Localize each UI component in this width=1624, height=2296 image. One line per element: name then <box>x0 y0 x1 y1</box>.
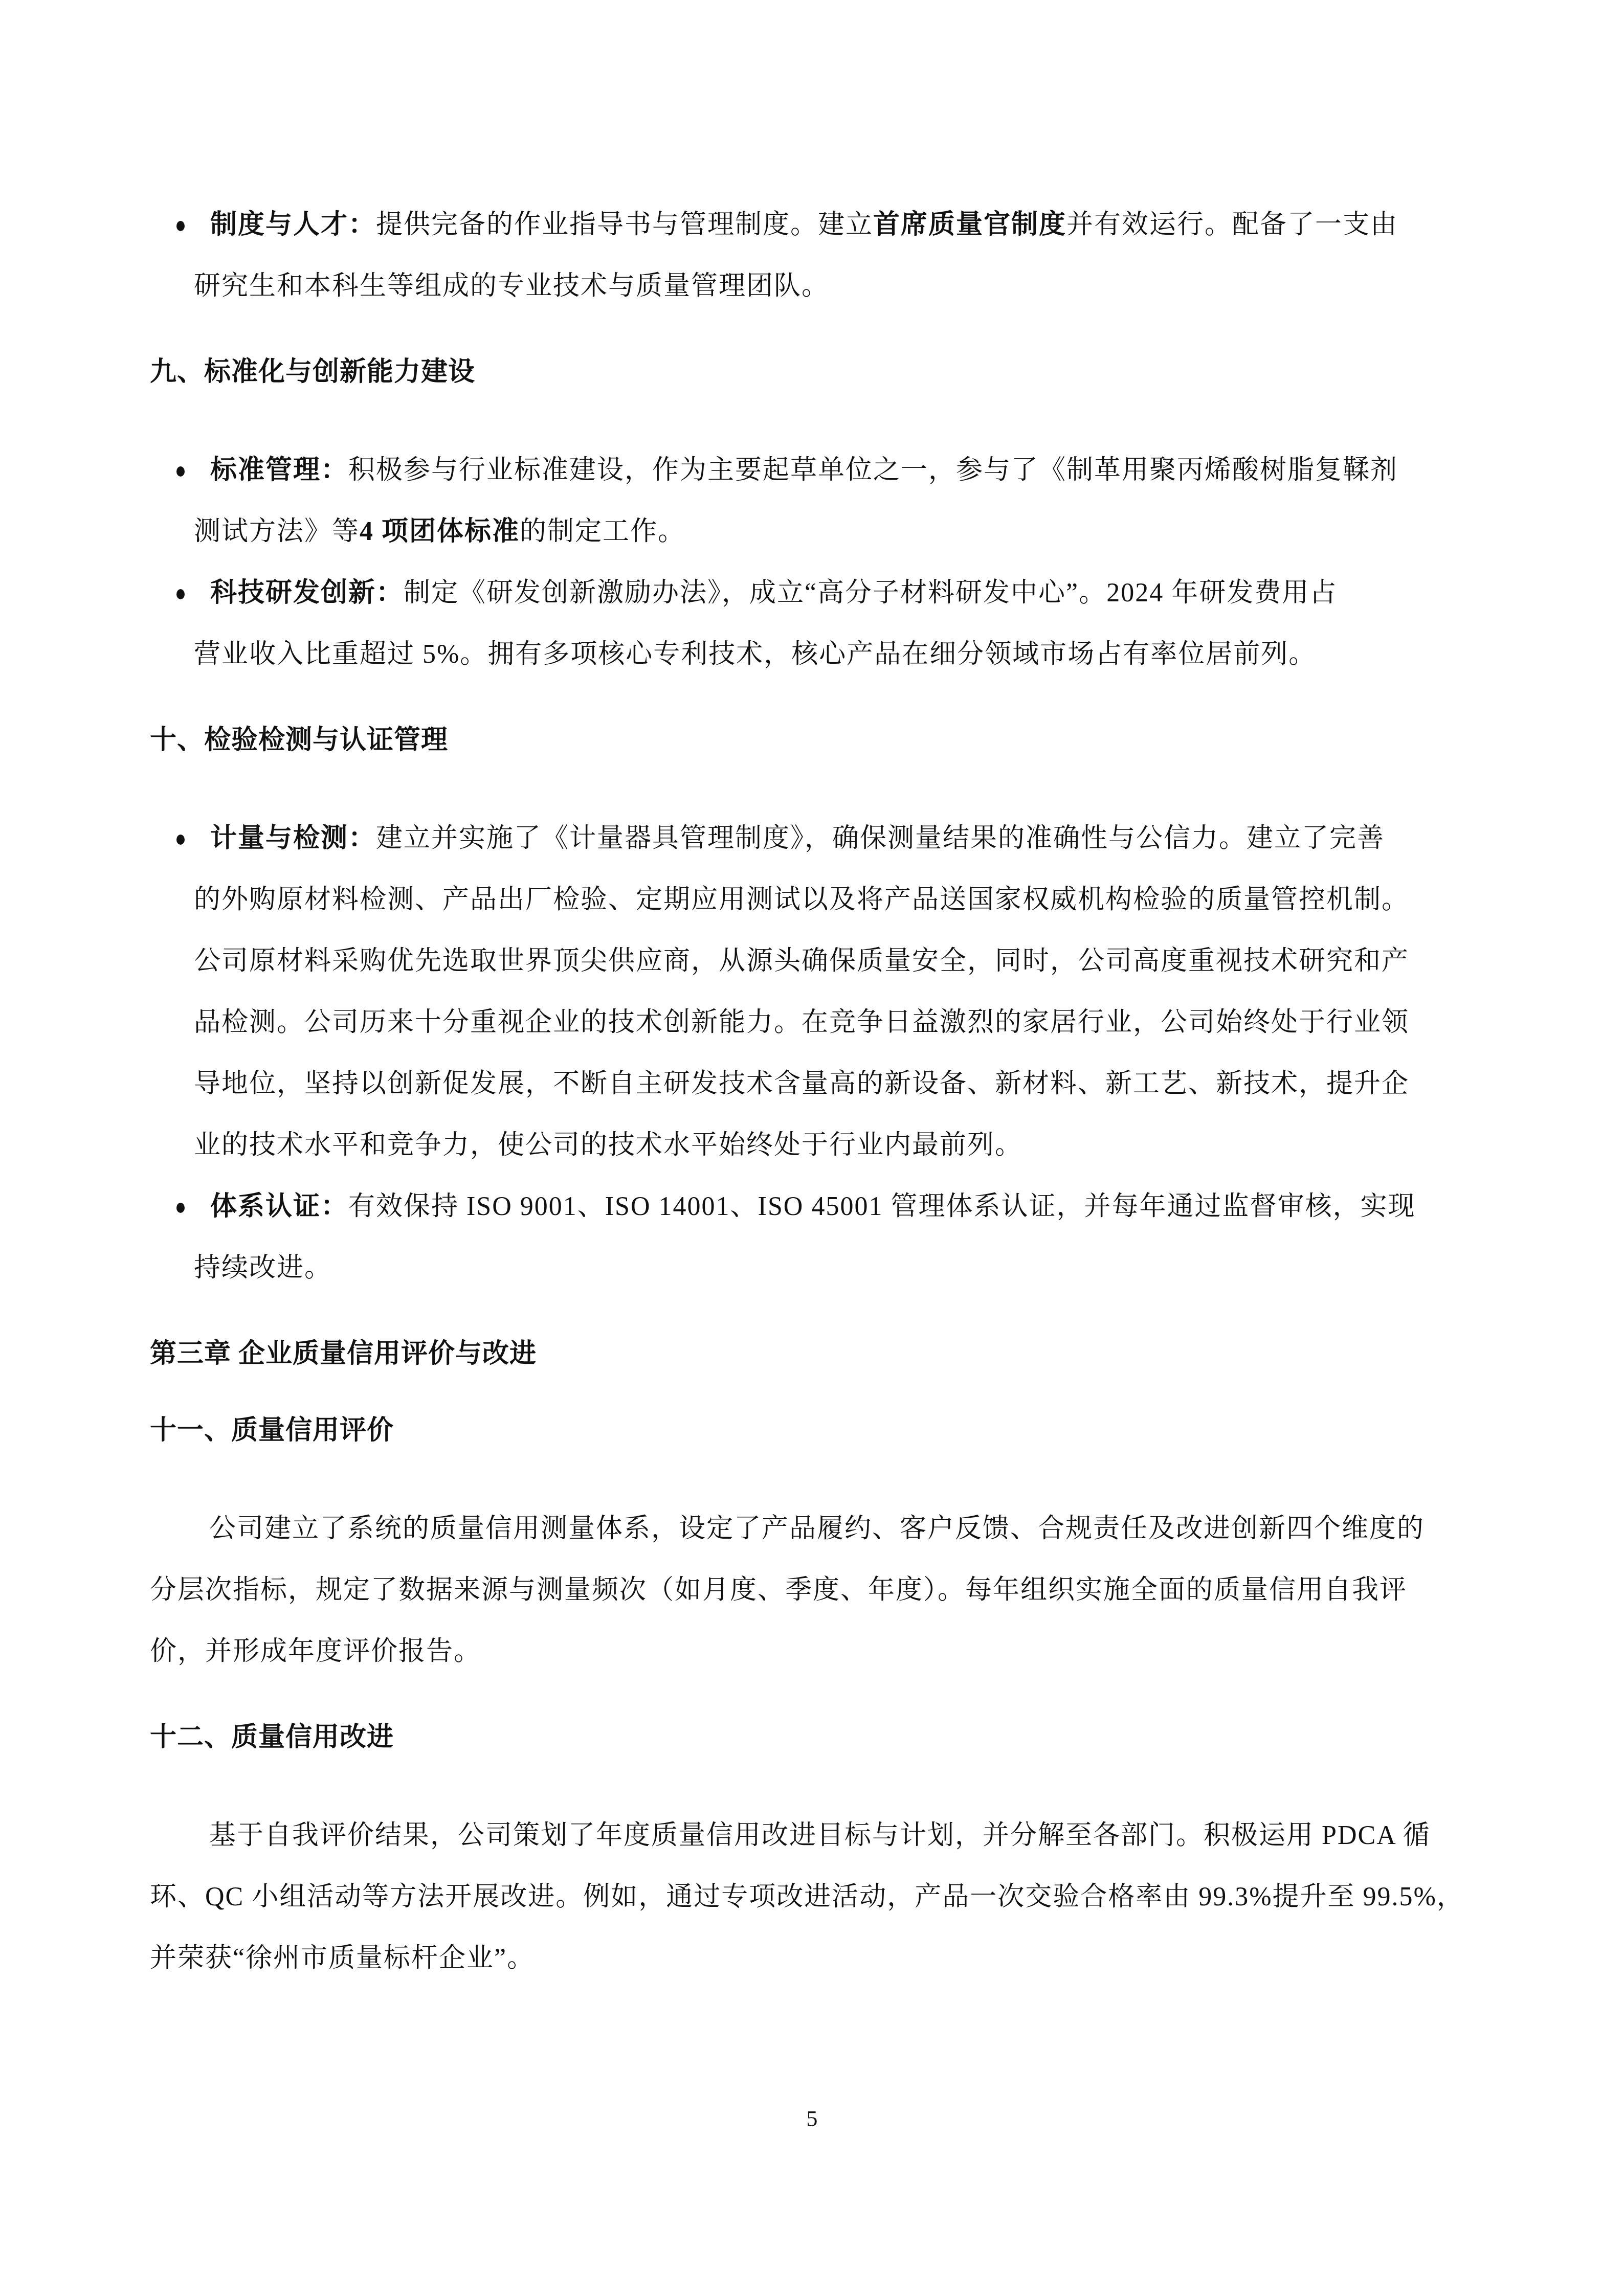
bullet-dot-icon <box>176 466 185 477</box>
bullet-label: 体系认证： <box>210 1192 348 1221</box>
document-page: 制度与人才：提供完备的作业指导书与管理制度。建立首席质量官制度并有效运行。配备了… <box>0 0 1624 2296</box>
bullet-dot-icon <box>176 1203 185 1213</box>
bullet-metrology-line-3: 公司原材料采购优先选取世界顶尖供应商，从源头确保质量安全，同时，公司高度重视技术… <box>194 931 1486 992</box>
text: 的制定工作。 <box>520 517 685 546</box>
bullet-talent: 制度与人才：提供完备的作业指导书与管理制度。建立首席质量官制度并有效运行。配备了… <box>150 194 1486 317</box>
bullet-label: 标准管理： <box>210 456 348 485</box>
bullet-label: 计量与检测： <box>210 824 376 853</box>
page-number: 5 <box>0 2106 1624 2132</box>
paragraph-evaluation-line-3: 价，并形成年度评价报告。 <box>150 1621 1486 1682</box>
bullet-metrology-line-6: 业的技术水平和竞争力，使公司的技术水平始终处于行业内最前列。 <box>194 1115 1486 1176</box>
bullet-metrology: 计量与检测：建立并实施了《计量器具管理制度》，确保测量结果的准确性与公信力。建立… <box>150 808 1486 1176</box>
section-heading-9: 九、标准化与创新能力建设 <box>150 342 1486 403</box>
bullet-label: 科技研发创新： <box>210 578 404 607</box>
paragraph-improvement: 基于自我评价结果，公司策划了年度质量信用改进目标与计划，并分解至各部门。积极运用… <box>150 1805 1486 1989</box>
bullet-label: 制度与人才： <box>210 210 376 239</box>
bullet-rnd-line-2: 营业收入比重超过 5%。拥有多项核心专利技术，核心产品在细分领域市场占有率位居前… <box>194 624 1486 685</box>
paragraph-evaluation-line-1: 公司建立了系统的质量信用测量体系，设定了产品履约、客户反馈、合规责任及改进创新四… <box>150 1498 1486 1560</box>
paragraph-improvement-line-2: 环、QC 小组活动等方法开展改进。例如，通过专项改进活动，产品一次交验合格率由 … <box>150 1866 1486 1928</box>
text: 制定《研发创新激励办法》，成立“高分子材料研发中心”。2024 年研发费用占 <box>404 578 1337 607</box>
section-heading-11: 十一、质量信用评价 <box>150 1400 1486 1461</box>
bullet-dot-icon <box>176 221 185 231</box>
paragraph-improvement-line-3: 并荣获“徐州市质量标杆企业”。 <box>150 1928 1486 1989</box>
section-heading-10: 十、检验检测与认证管理 <box>150 710 1486 771</box>
emphasis: 4 项团体标准 <box>360 517 520 546</box>
text: 并有效运行。配备了一支由 <box>1066 210 1398 239</box>
bullet-standards-line-2: 测试方法》等4 项团体标准的制定工作。 <box>194 501 1486 562</box>
section-heading-12: 十二、质量信用改进 <box>150 1707 1486 1768</box>
bullet-rnd-line-1: 科技研发创新：制定《研发创新激励办法》，成立“高分子材料研发中心”。2024 年… <box>210 562 1486 624</box>
text: 提供完备的作业指导书与管理制度。建立 <box>376 210 873 239</box>
bullet-rnd: 科技研发创新：制定《研发创新激励办法》，成立“高分子材料研发中心”。2024 年… <box>150 562 1486 685</box>
text: 测试方法》等 <box>194 517 360 546</box>
text: 建立并实施了《计量器具管理制度》，确保测量结果的准确性与公信力。建立了完善 <box>376 824 1385 853</box>
emphasis: 首席质量官制度 <box>873 210 1066 239</box>
bullet-certification-line-2: 持续改进。 <box>194 1237 1486 1299</box>
bullet-dot-icon <box>176 589 185 599</box>
bullet-metrology-line-5: 导地位，坚持以创新促发展，不断自主研发技术含量高的新设备、新材料、新工艺、新技术… <box>194 1053 1486 1115</box>
bullet-standards: 标准管理：积极参与行业标准建设，作为主要起草单位之一，参与了《制革用聚丙烯酸树脂… <box>150 440 1486 562</box>
page-content: 制度与人才：提供完备的作业指导书与管理制度。建立首席质量官制度并有效运行。配备了… <box>150 194 1486 1989</box>
bullet-certification-line-1: 体系认证：有效保持 ISO 9001、ISO 14001、ISO 45001 管… <box>210 1176 1486 1237</box>
bullet-dot-icon <box>176 835 185 845</box>
bullet-metrology-line-2: 的外购原材料检测、产品出厂检验、定期应用测试以及将产品送国家权威机构检验的质量管… <box>194 869 1486 931</box>
bullet-metrology-line-1: 计量与检测：建立并实施了《计量器具管理制度》，确保测量结果的准确性与公信力。建立… <box>210 808 1486 869</box>
paragraph-improvement-line-1: 基于自我评价结果，公司策划了年度质量信用改进目标与计划，并分解至各部门。积极运用… <box>150 1805 1486 1866</box>
bullet-certification: 体系认证：有效保持 ISO 9001、ISO 14001、ISO 45001 管… <box>150 1176 1486 1299</box>
chapter-heading-3: 第三章 企业质量信用评价与改进 <box>150 1323 1486 1385</box>
bullet-talent-line-2: 研究生和本科生等组成的专业技术与质量管理团队。 <box>194 256 1486 317</box>
text: 积极参与行业标准建设，作为主要起草单位之一，参与了《制革用聚丙烯酸树脂复鞣剂 <box>348 456 1398 485</box>
text: 有效保持 ISO 9001、ISO 14001、ISO 45001 管理体系认证… <box>348 1192 1415 1221</box>
bullet-talent-line-1: 制度与人才：提供完备的作业指导书与管理制度。建立首席质量官制度并有效运行。配备了… <box>210 194 1486 256</box>
bullet-metrology-line-4: 品检测。公司历来十分重视企业的技术创新能力。在竞争日益激烈的家居行业，公司始终处… <box>194 992 1486 1053</box>
paragraph-evaluation-line-2: 分层次指标，规定了数据来源与测量频次（如月度、季度、年度）。每年组织实施全面的质… <box>150 1560 1486 1621</box>
bullet-standards-line-1: 标准管理：积极参与行业标准建设，作为主要起草单位之一，参与了《制革用聚丙烯酸树脂… <box>210 440 1486 501</box>
paragraph-evaluation: 公司建立了系统的质量信用测量体系，设定了产品履约、客户反馈、合规责任及改进创新四… <box>150 1498 1486 1682</box>
